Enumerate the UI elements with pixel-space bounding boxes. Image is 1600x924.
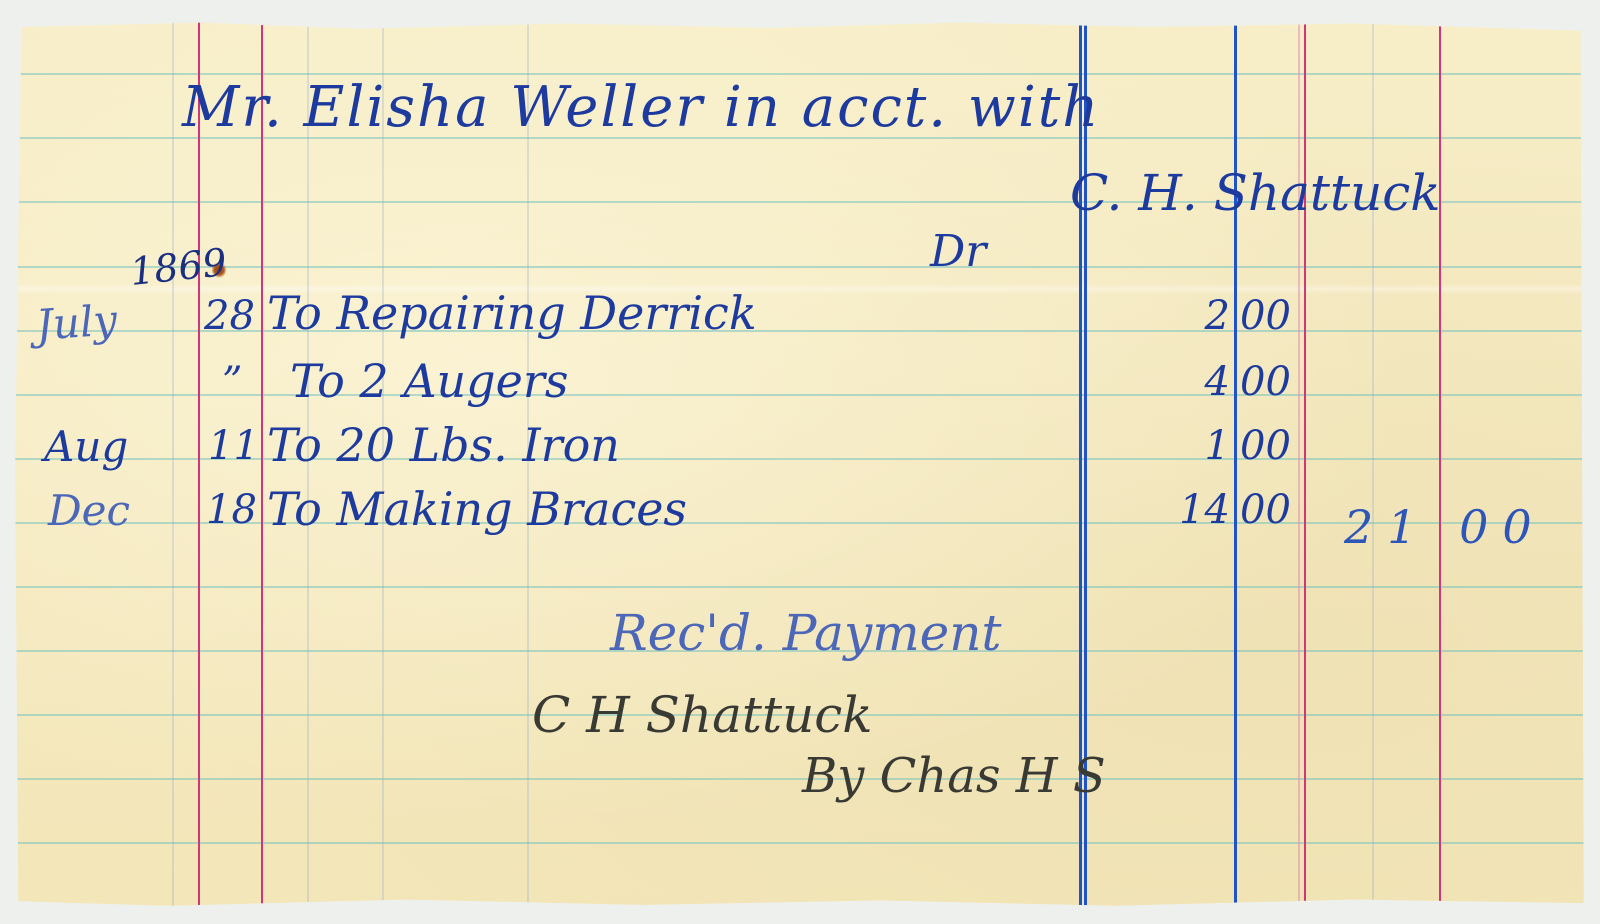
entry-dollars: 4 xyxy=(1110,362,1230,402)
account-holder-line: Mr. Elisha Weller in acct. with xyxy=(182,80,1100,136)
faint-column-rule xyxy=(1372,20,1374,912)
entry-cents: 00 xyxy=(1240,426,1291,466)
faint-column-rule xyxy=(172,20,174,912)
entry-description: To Repairing Derrick xyxy=(267,290,757,336)
entry-cents: 00 xyxy=(1240,490,1291,530)
scanned-document: Mr. Elisha Weller in acct. with C. H. Sh… xyxy=(0,0,1600,924)
entry-day-ditto: ” xyxy=(222,362,242,402)
ledger-line xyxy=(12,266,1590,268)
creditor-name: C. H. Shattuck xyxy=(1070,168,1441,218)
debit-label: Dr xyxy=(930,230,986,274)
entry-day: 18 xyxy=(206,490,257,530)
ledger-line xyxy=(12,394,1590,396)
received-payment-note: Rec'd. Payment xyxy=(610,608,1002,658)
faint-column-rule xyxy=(1298,20,1300,912)
entry-dollars: 14 xyxy=(1110,490,1230,530)
entry-description: To 2 Augers xyxy=(290,358,568,404)
entry-description: To Making Braces xyxy=(267,486,687,532)
signature-by: By Chas H S xyxy=(802,752,1106,800)
signature: C H Shattuck xyxy=(532,690,873,740)
cents-rule-blue xyxy=(1234,20,1237,912)
ledger-line xyxy=(12,842,1590,844)
entry-month: Dec xyxy=(48,490,130,532)
margin-rule-red xyxy=(261,20,263,912)
total-rule-red xyxy=(1304,20,1306,912)
total-rule-red xyxy=(1439,20,1441,912)
entry-dollars: 2 xyxy=(1110,296,1230,336)
margin-rule-red xyxy=(198,20,200,912)
entry-day: 28 xyxy=(204,296,255,336)
entry-cents: 00 xyxy=(1240,296,1291,336)
ledger-paper: Mr. Elisha Weller in acct. with C. H. Sh… xyxy=(12,20,1590,912)
entry-dollars: 1 xyxy=(1110,426,1230,466)
entry-day: 11 xyxy=(208,426,259,466)
entry-cents: 00 xyxy=(1240,362,1291,402)
entry-description: To 20 Lbs. Iron xyxy=(267,422,620,468)
total-amount: 21 00 xyxy=(1344,504,1546,550)
year: 1869 xyxy=(128,243,228,291)
entry-month: Aug xyxy=(44,426,128,468)
entry-month: July xyxy=(35,299,119,347)
ledger-line xyxy=(12,586,1590,588)
ledger-line xyxy=(12,778,1590,780)
